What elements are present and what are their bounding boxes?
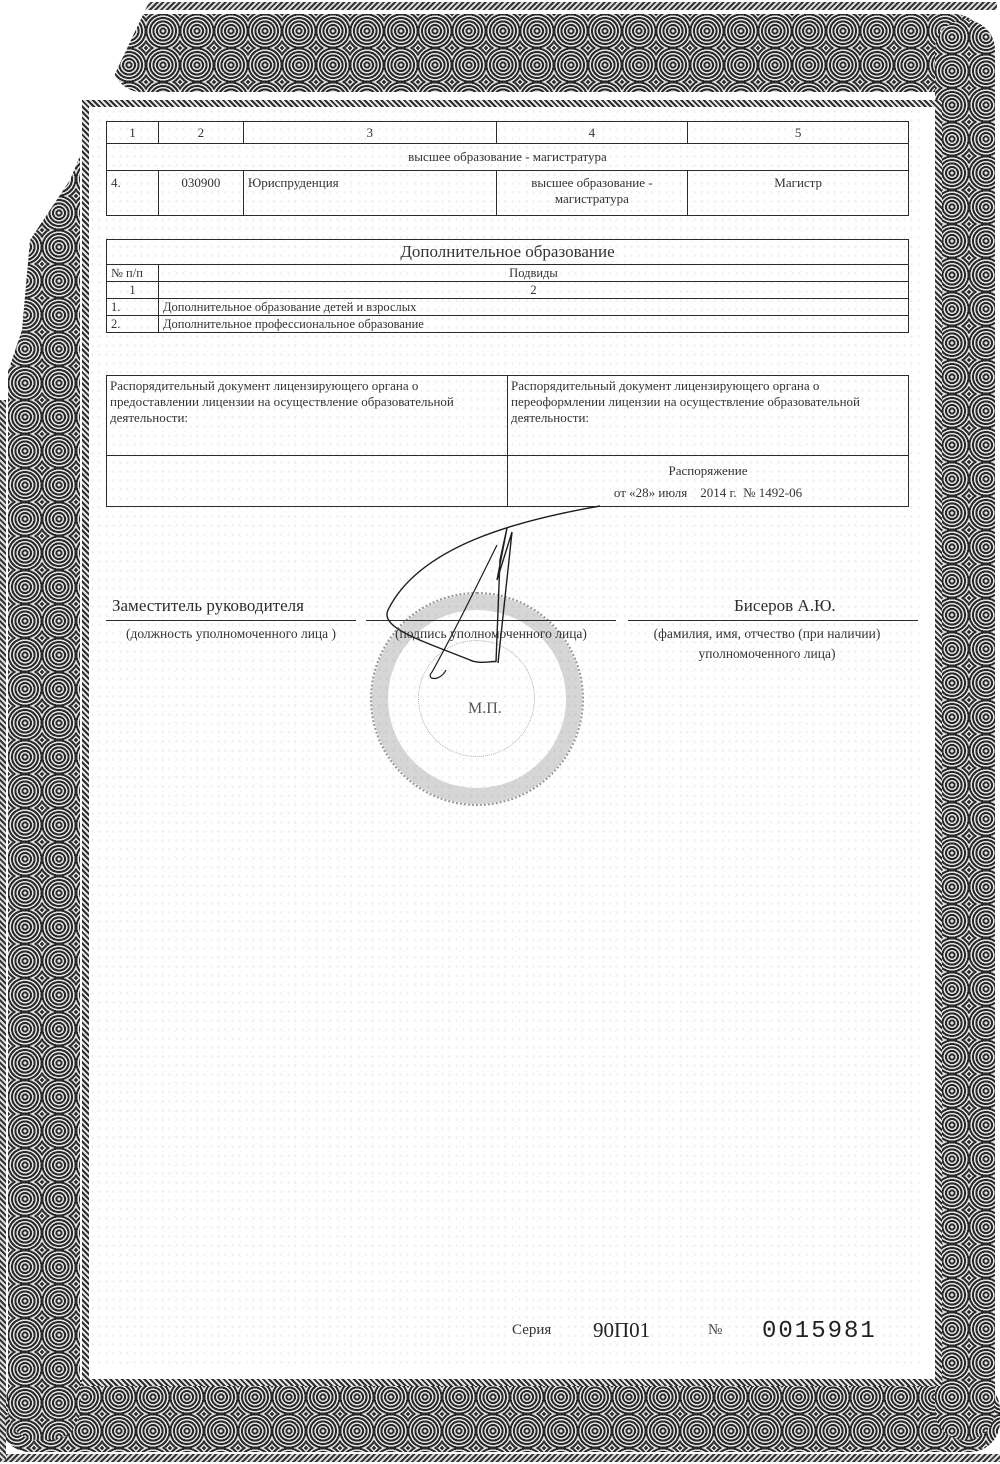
series-label: Серия [512, 1322, 551, 1339]
name-line [628, 620, 918, 621]
table-header-row: 1 2 3 4 5 [107, 122, 909, 144]
form-number-value: 0015981 [762, 1318, 877, 1345]
col-header-num: № п/п [107, 265, 159, 282]
row-number: 4. [107, 171, 159, 216]
index-row: 1 2 [107, 282, 909, 299]
order-labels-row: Распорядительный документ лицензирующего… [107, 376, 909, 456]
col-header: 5 [688, 122, 909, 144]
border-rope-top [145, 2, 997, 10]
col-header: 4 [496, 122, 688, 144]
col-header: 3 [243, 122, 496, 144]
education-level: высшее образование - магистратура [496, 171, 688, 216]
section-row: высшее образование - магистратура [107, 144, 909, 171]
table-title-row: Дополнительное образование [107, 240, 909, 265]
border-top-ornament [112, 14, 984, 92]
index-num: 1 [107, 282, 159, 299]
border-rope-left [0, 400, 6, 1460]
signature-caption: (подпись уполномоченного лица) [366, 624, 616, 644]
reissue-label: Распорядительный документ лицензирующего… [508, 376, 909, 456]
position-line [106, 620, 356, 621]
subtype-label: Дополнительное профессиональное образова… [159, 316, 909, 333]
index-subtypes: 2 [159, 282, 909, 299]
border-rope-bottom [0, 1454, 1000, 1462]
reissue-value: Распоряжение от «28» июля 2014 г. № 1492… [508, 456, 909, 507]
signatory-name: Бисеров А.Ю. [734, 596, 836, 616]
col-header: 2 [158, 122, 243, 144]
program-code: 030900 [158, 171, 243, 216]
subtype-label: Дополнительное образование детей и взрос… [159, 299, 909, 316]
granting-label: Распорядительный документ лицензирующего… [107, 376, 508, 456]
seal-placeholder-label: М.П. [468, 700, 502, 718]
border-bottom-ornament [0, 1380, 1000, 1452]
name-caption: (фамилия, имя, отчество (при наличии) уп… [622, 624, 912, 664]
border-right-ornament [935, 20, 995, 1440]
signatory-position: Заместитель руководителя [112, 596, 304, 616]
additional-education-table: Дополнительное образование № п/п Подвиды… [106, 239, 909, 333]
section-label: высшее образование - магистратура [107, 144, 909, 171]
order-values-row: Распоряжение от «28» июля 2014 г. № 1492… [107, 456, 909, 507]
border-left-ornament [8, 60, 80, 1440]
row-number: 1. [107, 299, 159, 316]
table-row: 1. Дополнительное образование детей и вз… [107, 299, 909, 316]
program-name: Юриспруденция [243, 171, 496, 216]
order-documents-table: Распорядительный документ лицензирующего… [106, 375, 909, 507]
col-header: 1 [107, 122, 159, 144]
table-row: 2. Дополнительное профессиональное образ… [107, 316, 909, 333]
reissue-doc-date-number: от «28» июля 2014 г. № 1492-06 [511, 482, 905, 504]
qualification: Магистр [688, 171, 909, 216]
reissue-doc-type: Распоряжение [511, 460, 905, 482]
official-seal-inner-ring [418, 640, 535, 757]
table-header-row: № п/п Подвиды [107, 265, 909, 282]
granting-value [107, 456, 508, 507]
row-number: 2. [107, 316, 159, 333]
table-row: 4. 030900 Юриспруденция высшее образован… [107, 171, 909, 216]
signature-line [366, 620, 616, 621]
col-header-subtypes: Подвиды [159, 265, 909, 282]
programs-table: 1 2 3 4 5 высшее образование - магистрат… [106, 121, 909, 216]
number-label: № [708, 1322, 722, 1339]
position-caption: (должность уполномоченного лица ) [106, 624, 356, 644]
table-title: Дополнительное образование [107, 240, 909, 265]
series-value: 90П01 [593, 1318, 650, 1343]
